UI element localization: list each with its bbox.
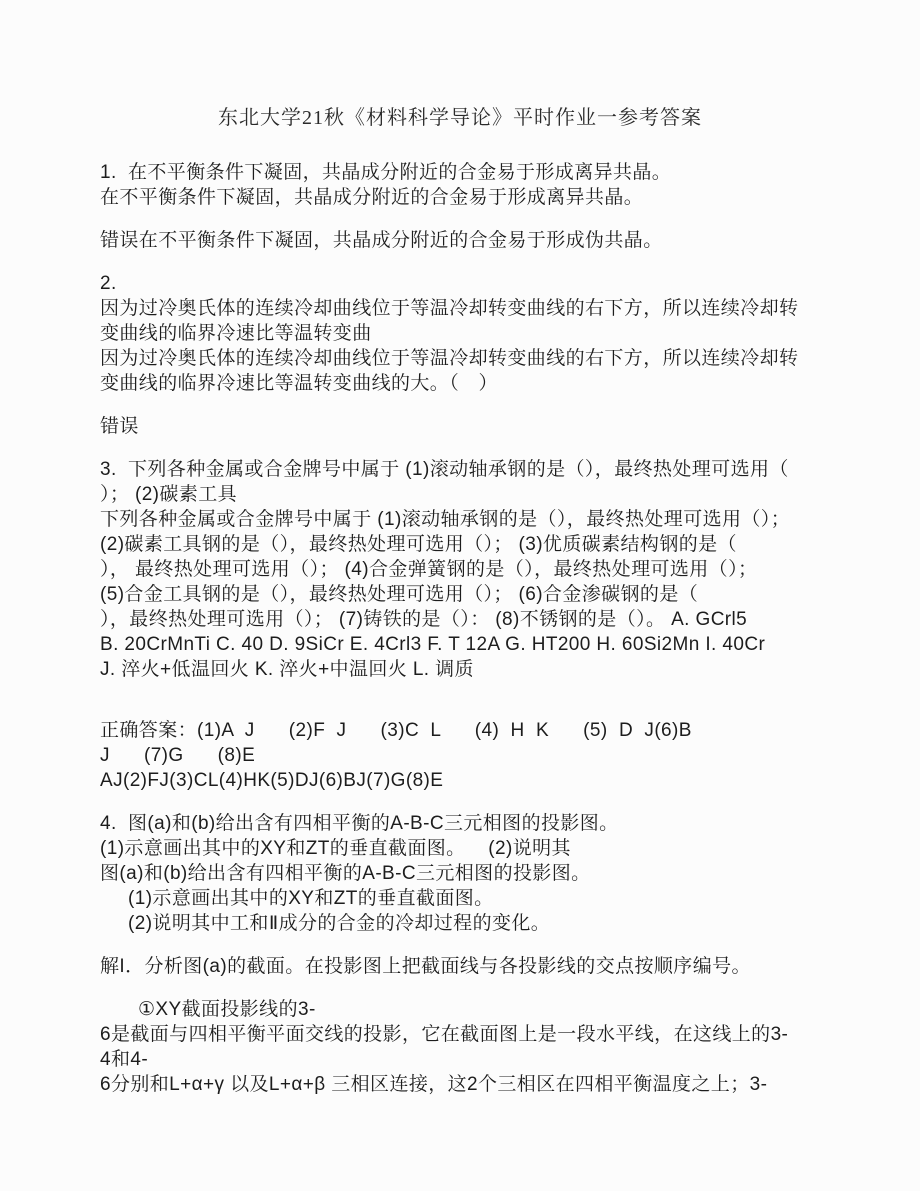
text-line: 1. 在不平衡条件下凝固，共晶成分附近的合金易于形成离异共晶。 [100, 160, 830, 185]
text-line: (2)碳素工具钢的是（），最终热处理可选用（）； (3)优质碳素结构钢的是（ [100, 532, 830, 557]
text-line: 解I．分析图(a)的截面。在投影图上把截面线与各投影线的交点按顺序编号。 [100, 954, 830, 979]
text-line: 6分别和L+α+γ 以及L+α+β 三相区连接，这2个三相区在四相平衡温度之上；… [100, 1072, 830, 1097]
text-line: 2. [100, 271, 830, 296]
blank-line [100, 936, 830, 954]
blank-line [100, 396, 830, 414]
text-line: ）； (2)碳素工具 [100, 482, 830, 507]
text-line: AJ(2)FJ(3)CL(4)HK(5)DJ(6)BJ(7)G(8)E [100, 768, 830, 793]
text-line: 正确答案：(1)A J (2)F J (3)C L (4) H K (5) D … [100, 718, 830, 743]
document-body: 1. 在不平衡条件下凝固，共晶成分附近的合金易于形成离异共晶。在不平衡条件下凝固… [0, 160, 920, 1097]
text-line: 错误 [100, 414, 830, 439]
text-line: (5)合金工具钢的是（），最终热处理可选用（）； (6)合金渗碳钢的是（ [100, 582, 830, 607]
blank-line [100, 682, 830, 700]
page-title: 东北大学21秋《材料科学导论》平时作业一参考答案 [0, 106, 920, 131]
text-line: 下列各种金属或合金牌号中属于 (1)滚动轴承钢的是（），最终热处理可选用（）； [100, 507, 830, 532]
text-line: 图(a)和(b)给出含有四相平衡的A-B-C三元相图的投影图。 [100, 861, 830, 886]
blank-line [100, 793, 830, 811]
blank-line [100, 253, 830, 271]
text-line: (1)示意画出其中的XY和ZT的垂直截面图。 (2)说明其 [100, 836, 830, 861]
text-line: ），最终热处理可选用（）； (7)铸铁的是（）： (8)不锈钢的是（）。 A. … [100, 607, 830, 632]
text-line: ）， 最终热处理可选用（）； (4)合金弹簧钢的是（），最终热处理可选用（）； [100, 557, 830, 582]
text-line: 因为过冷奥氏体的连续冷却曲线位于等温冷却转变曲线的右下方，所以连续冷却转 [100, 346, 830, 371]
text-line: 变曲线的临界冷速比等温转变曲 [100, 321, 830, 346]
blank-line [100, 700, 830, 718]
text-line: 4. 图(a)和(b)给出含有四相平衡的A-B-C三元相图的投影图。 [100, 811, 830, 836]
text-line: J. 淬火+低温回火 K. 淬火+中温回火 L. 调质 [100, 657, 830, 682]
blank-line [100, 210, 830, 228]
text-line: 6是截面与四相平衡平面交线的投影，它在截面图上是一段水平线，在这线上的3- [100, 1022, 830, 1047]
text-line: 因为过冷奥氏体的连续冷却曲线位于等温冷却转变曲线的右下方，所以连续冷却转 [100, 296, 830, 321]
blank-line [100, 439, 830, 457]
text-line: J (7)G (8)E [100, 743, 830, 768]
text-line: 变曲线的临界冷速比等温转变曲线的大。（ ） [100, 371, 830, 396]
document-page: 东北大学21秋《材料科学导论》平时作业一参考答案 1. 在不平衡条件下凝固，共晶… [0, 0, 920, 1191]
text-line: 错误在不平衡条件下凝固，共晶成分附近的合金易于形成伪共晶。 [100, 228, 830, 253]
blank-line [100, 979, 830, 997]
text-line: B. 20CrMnTi C. 40 D. 9SiCr E. 4Crl3 F. T… [100, 632, 830, 657]
text-line: (2)说明其中工和Ⅱ成分的合金的冷却过程的变化。 [100, 911, 830, 936]
text-line: (1)示意画出其中的XY和ZT的垂直截面图。 [100, 886, 830, 911]
text-line: 在不平衡条件下凝固，共晶成分附近的合金易于形成离异共晶。 [100, 185, 830, 210]
text-line: ①XY截面投影线的3- [100, 997, 830, 1022]
text-line: 4和4- [100, 1047, 830, 1072]
text-line: 3. 下列各种金属或合金牌号中属于 (1)滚动轴承钢的是（），最终热处理可选用（ [100, 457, 830, 482]
